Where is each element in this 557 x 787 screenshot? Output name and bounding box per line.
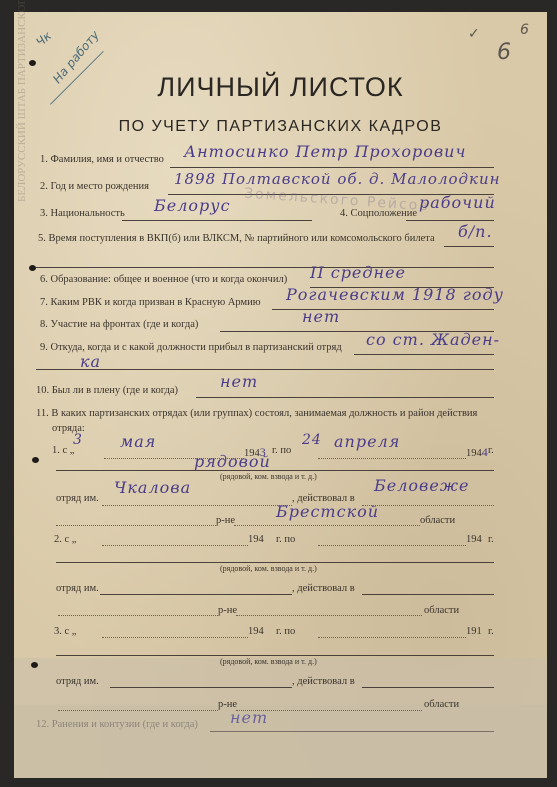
- punch-hole: [29, 265, 36, 271]
- unit-day-from: 3: [73, 432, 83, 448]
- position-hint: (рядовой, ком. взвода и т. д.): [220, 564, 317, 573]
- label-g-po: г. по: [276, 534, 295, 545]
- label-g: г.: [488, 626, 494, 637]
- field-line: [58, 710, 218, 711]
- field-line: [444, 246, 494, 247]
- field-line: [362, 505, 494, 506]
- check-mark: ✓: [468, 26, 480, 42]
- unit-year-to: 194: [466, 534, 482, 545]
- district-label: р-не: [216, 515, 235, 526]
- field-line: [406, 220, 494, 221]
- field-line: [122, 220, 312, 221]
- field-line: [318, 637, 466, 638]
- punch-hole: [29, 60, 36, 66]
- position-hint: (рядовой, ком. взвода и т. д.): [220, 472, 317, 481]
- label-g-po: г. по: [272, 445, 291, 456]
- operated-label: , действовал в: [292, 583, 355, 594]
- field-line: [110, 687, 292, 688]
- field-value-cont: ка: [80, 352, 101, 371]
- field-value: Белорус: [154, 196, 231, 215]
- unit-year-to: 1944: [466, 445, 488, 460]
- region-label: области: [420, 515, 455, 526]
- page-title: ЛИЧНЫЙ ЛИСТОК: [14, 72, 547, 103]
- field-line: [102, 637, 248, 638]
- field-value: б/п.: [458, 222, 493, 241]
- punch-hole: [31, 662, 38, 668]
- field-label: 3. Национальность: [40, 208, 125, 219]
- unit-operated-in: Беловеже: [374, 476, 469, 495]
- field-label: 10. Был ли в плену (где и когда): [36, 385, 178, 396]
- field-line: [362, 687, 494, 688]
- field-line: [362, 594, 494, 595]
- field-line: [210, 731, 494, 732]
- field-line: [36, 267, 494, 268]
- field-value: Рогачевским 1918 году: [286, 285, 504, 304]
- operated-label: , действовал в: [292, 676, 355, 687]
- field-value: со ст. Жаден-: [366, 330, 500, 349]
- field-line: [100, 594, 292, 595]
- unit-position: рядовой: [194, 452, 271, 471]
- field-value: нет: [230, 708, 268, 727]
- field-line: [354, 354, 494, 355]
- label-g: г.: [488, 445, 494, 456]
- field-value: Антосинко Петр Прохорович: [184, 142, 466, 161]
- unit-year-to: 191: [466, 626, 482, 637]
- field-value: 1898 Полтавской об. д. Малолодкин: [174, 170, 501, 188]
- field-line: [102, 545, 248, 546]
- pencil-note: Чк: [33, 29, 54, 50]
- region-label: области: [424, 699, 459, 710]
- page-number: 6: [497, 40, 511, 65]
- field-line: [56, 470, 494, 471]
- unit-number: 3. с „: [54, 626, 76, 637]
- field-value: нет: [220, 372, 258, 391]
- district-label: р-не: [218, 605, 237, 616]
- label-g-po: г. по: [276, 626, 295, 637]
- label-g: г.: [488, 534, 494, 545]
- field-label: 7. Каким РВК и когда призван в Красную А…: [40, 297, 261, 308]
- unit-number: 1. с „: [52, 445, 74, 456]
- paper-overlay-bottom: [14, 705, 547, 778]
- field-line: [234, 525, 420, 526]
- position-hint: (рядовой, ком. взвода и т. д.): [220, 657, 317, 666]
- field-value: нет: [302, 307, 340, 326]
- field-line: [56, 562, 494, 563]
- field-line: [58, 615, 218, 616]
- field-line: [318, 545, 466, 546]
- field-line: [56, 655, 494, 656]
- unit-day-to: 24: [302, 432, 322, 448]
- page-subtitle: ПО УЧЕТУ ПАРТИЗАНСКИХ КАДРОВ: [14, 118, 547, 136]
- page-number: 6: [520, 22, 529, 38]
- field-line: [170, 167, 494, 168]
- unit-month-to: апреля: [334, 432, 400, 451]
- field-line: [36, 369, 494, 370]
- field-line: [196, 397, 494, 398]
- region-label: области: [424, 605, 459, 616]
- unit-prefix-label: отряд им.: [56, 493, 99, 504]
- field-line: [318, 458, 466, 459]
- punch-hole: [32, 457, 39, 463]
- field-label: 5. Время поступления в ВКП(б) или ВЛКСМ,…: [38, 233, 435, 244]
- unit-prefix-label: отряд им.: [56, 676, 99, 687]
- field-label: 11. В каких партизанских отрядах (или гр…: [36, 408, 477, 419]
- unit-year-from: 194: [248, 626, 264, 637]
- field-label: 6. Образование: общее и военное (что и к…: [40, 274, 287, 285]
- field-line: [102, 505, 292, 506]
- unit-number: 2. с „: [54, 534, 76, 545]
- document-page: БЕЛОРУССКИЙ ШТАБ ПАРТИЗАНСКОГО ДВИЖЕНИЯ …: [14, 12, 547, 778]
- field-label: 8. Участие на фронтах (где и когда): [40, 319, 198, 330]
- unit-prefix-label: отряд им.: [56, 583, 99, 594]
- unit-region: Брестской: [276, 502, 379, 521]
- field-label: 1. Фамилия, имя и отчество: [40, 154, 164, 165]
- unit-year-from: 194: [248, 534, 264, 545]
- field-line: [56, 525, 216, 526]
- field-line: [236, 615, 422, 616]
- field-label: 12. Ранения и контузии (где и когда): [36, 719, 198, 730]
- field-value: II среднее: [310, 263, 406, 282]
- field-label: 2. Год и место рождения: [40, 181, 149, 192]
- unit-name: Чкалова: [114, 478, 191, 497]
- field-value: рабочий: [419, 193, 496, 212]
- field-label: 4. Соцположение: [340, 208, 417, 219]
- unit-month-from: мая: [120, 432, 156, 451]
